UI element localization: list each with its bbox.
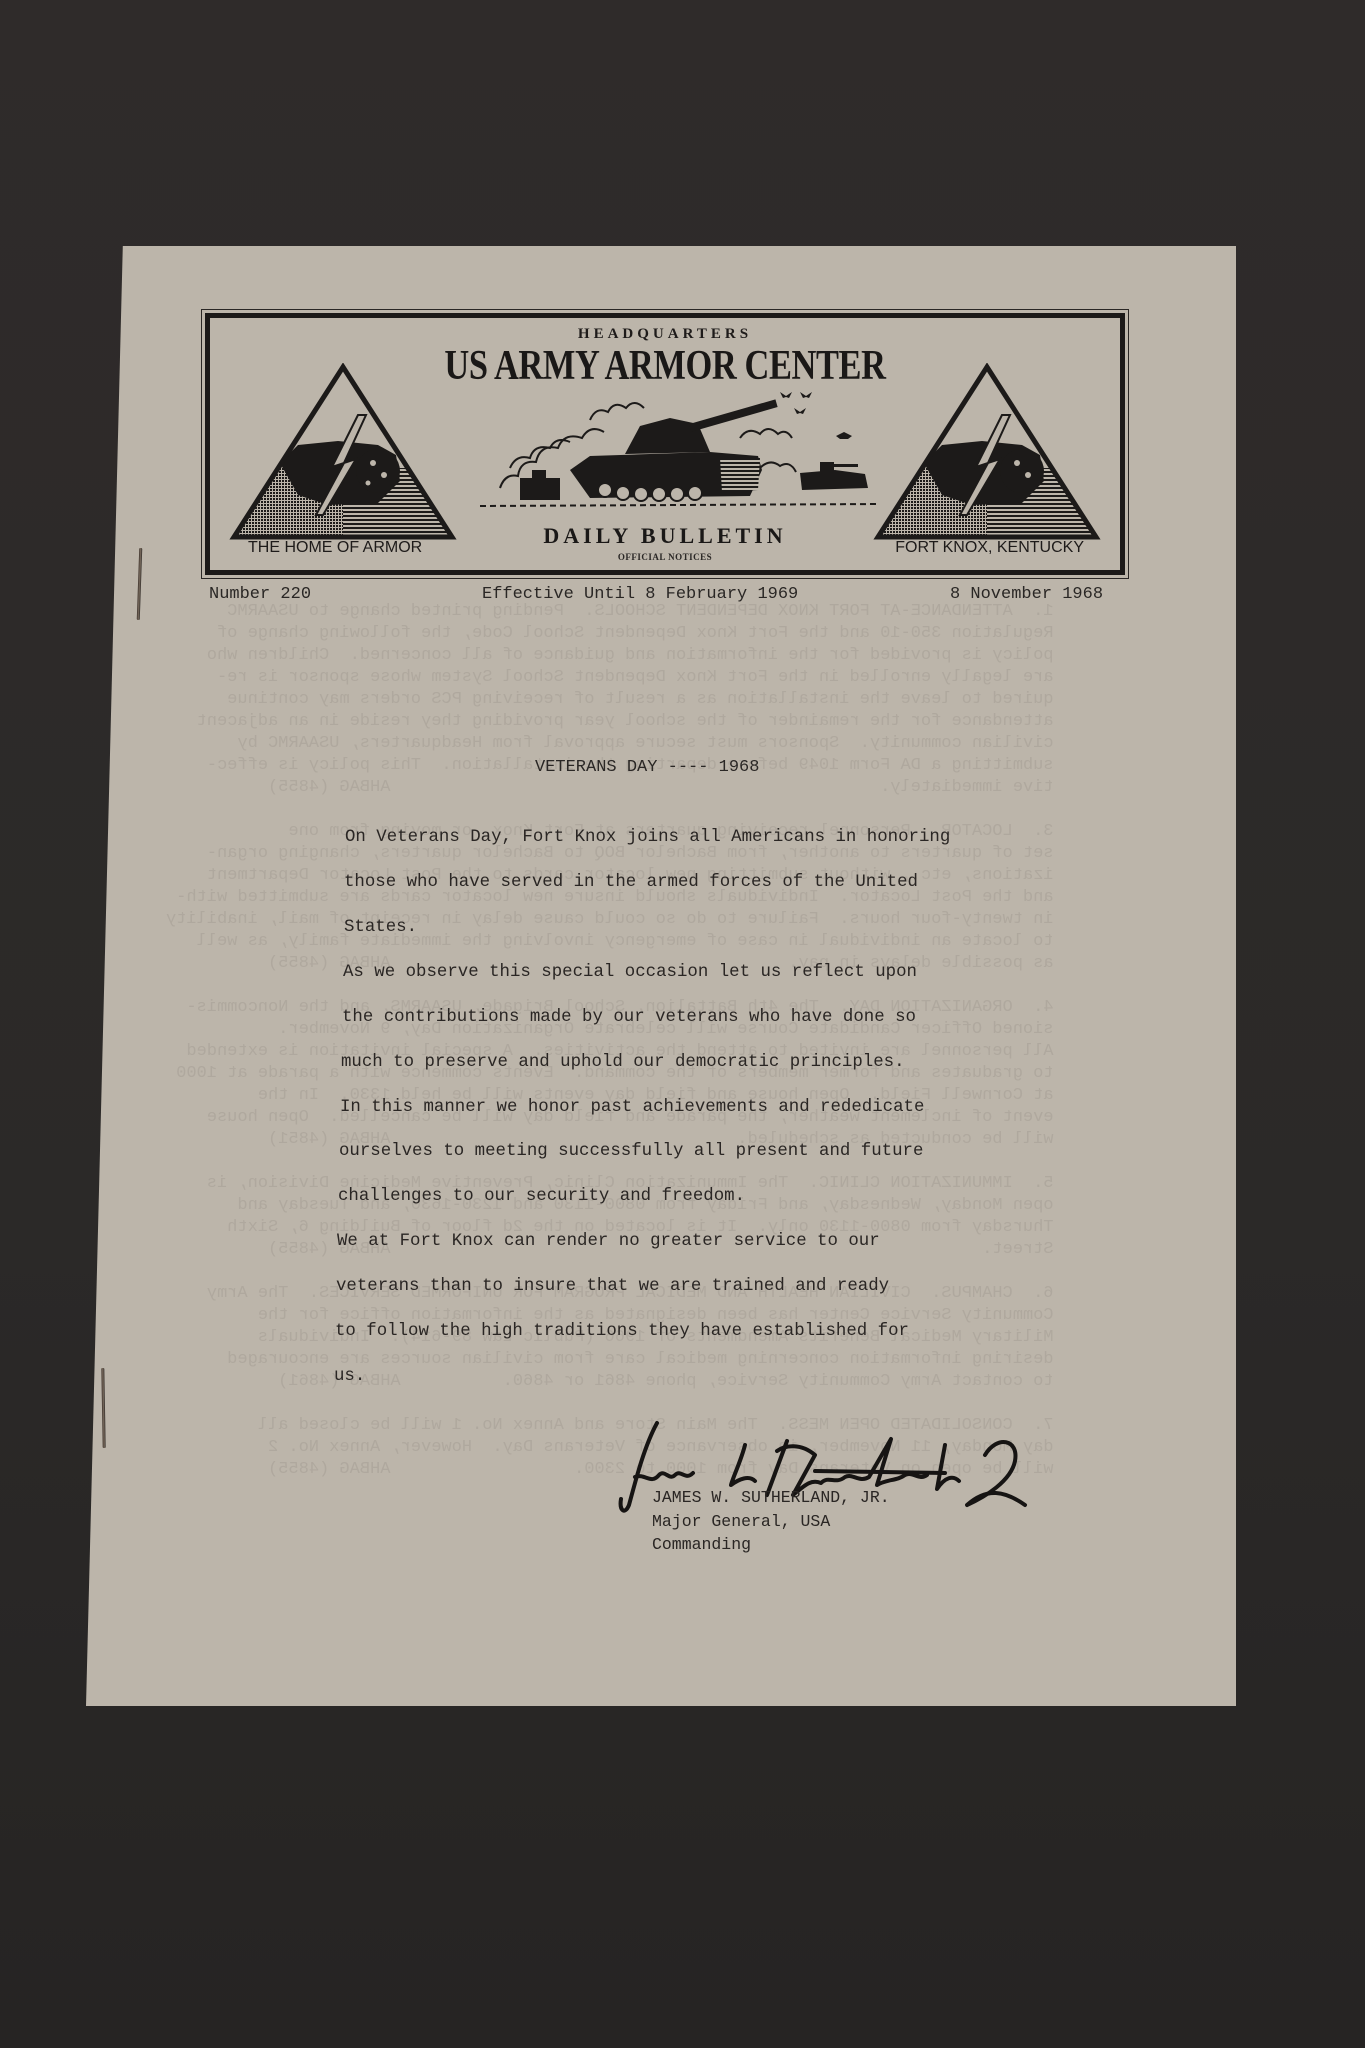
tank-battle-illustration-icon [440, 378, 910, 518]
bulletin-number: Number 220 [209, 585, 311, 604]
body-line: the contributions made by our veterans w… [342, 1008, 916, 1027]
right-caption: FORT KNOX, KENTUCKY [895, 539, 1084, 557]
effective-until: Effective Until 8 February 1969 [482, 585, 798, 604]
armor-triangle-emblem-icon [228, 363, 458, 543]
body-line: ourselves to meeting successfully all pr… [339, 1142, 923, 1161]
document-title: VETERANS DAY ---- 1968 [535, 758, 759, 777]
body-line: States. [344, 918, 417, 937]
bleed-through-text: 1. ATTENDANCE-AT FORT KNOX DEPENDENT SCH… [166, 601, 1054, 1481]
masthead-eyebrow: HEADQUARTERS [210, 326, 1120, 343]
masthead: HEADQUARTERS US ARMY ARMOR CENTER [205, 313, 1125, 575]
body-line: much to preserve and uphold our democrat… [341, 1053, 905, 1072]
signer-name: JAMES W. SUTHERLAND, JR. [652, 1488, 890, 1507]
armor-triangle-emblem-icon [872, 363, 1102, 543]
body-line: We at Fort Knox can render no greater se… [337, 1232, 880, 1251]
body-line: us. [334, 1367, 365, 1386]
body-line: In this manner we honor past achievement… [340, 1098, 924, 1117]
body-line: As we observe this special occasion let … [343, 963, 917, 982]
bulletin-date: 8 November 1968 [950, 585, 1103, 604]
body-line: On Veterans Day, Fort Knox joins all Ame… [345, 828, 950, 847]
signer-role: Commanding [652, 1535, 751, 1554]
body-line: veterans than to insure that we are trai… [336, 1277, 889, 1296]
body-line: to follow the high traditions they have … [335, 1322, 909, 1341]
signer-rank: Major General, USA [652, 1512, 830, 1531]
body-line: those who have served in the armed force… [344, 873, 918, 892]
body-line: challenges to our security and freedom. [338, 1187, 745, 1206]
